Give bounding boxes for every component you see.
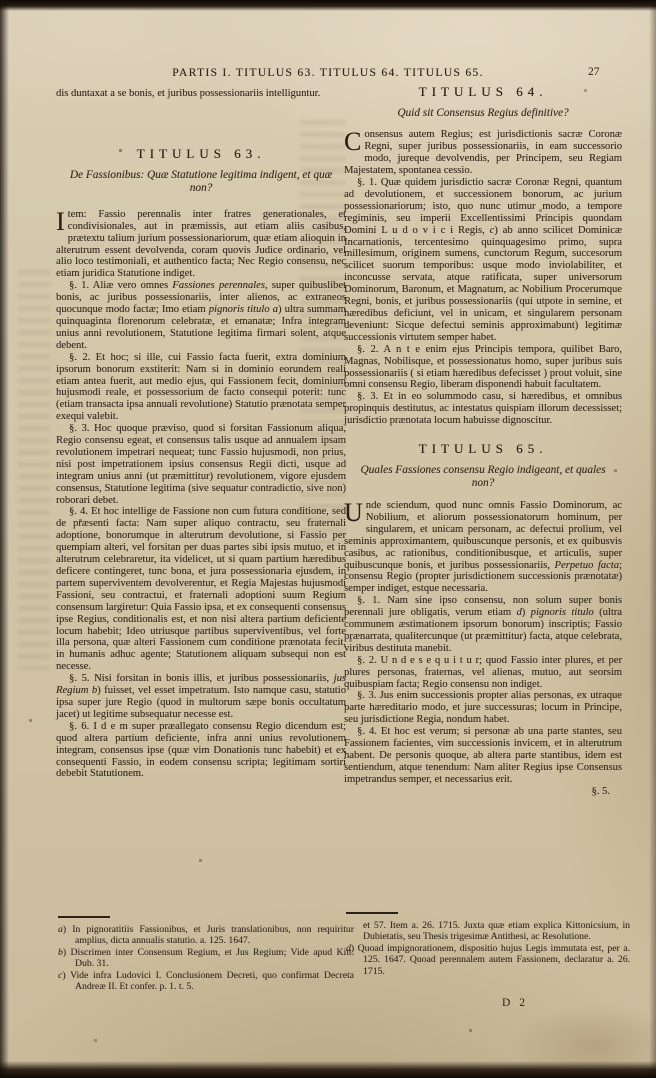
paragraph: Unde sciendum, quod nunc omnis Fassio Do… (344, 500, 622, 595)
emphasized-text: Perpetuo facta (554, 560, 619, 571)
drop-cap: I (56, 209, 68, 233)
emphasized-text: Quid sit Consensus Regius definitive? (397, 107, 568, 119)
emphasized-text: De Fassionibus: Quæ Statutione legitima … (70, 169, 332, 195)
left-footnotes: a) In pignoratitiis Fassionibus, et Juri… (58, 916, 354, 992)
footnote: d) Quoad impignorationem, dispositio huj… (346, 943, 630, 977)
running-title: PARTIS I. TITULUS 63. TITULUS 64. TITULU… (110, 66, 546, 79)
section-subtitle: Quales Fassiones consensu Regio indigean… (350, 464, 616, 491)
text-run: onsensus autem Regius; est jurisdictioni… (344, 129, 622, 176)
footnote-label-paren: ) (62, 970, 70, 981)
emphasized-text: pignoris titulo a (209, 304, 278, 315)
text-run: §. 6. I d e m super præallegato consensu… (56, 721, 346, 780)
signature-mark: D 2 (455, 997, 575, 1009)
footnote-divider (346, 912, 398, 914)
footnote: b) Discrimen inter Consensum Regium, et … (58, 947, 354, 970)
paragraph: §. 4. Et hoc intellige de Fassione non c… (56, 506, 346, 673)
text-run: ) fuisset, vel esset impetratum. Isto na… (56, 685, 346, 720)
right-footnotes: et 57. Item a. 26. 1715. Juxta quæ etiam… (346, 912, 630, 977)
paragraph: §. 2. Et hoc; si ille, cui Fassio facta … (56, 352, 346, 423)
footnote-label-paren: ) (351, 943, 358, 954)
scan-edge-right (649, 0, 656, 1078)
paragraph: §. 6. I d e m super præallegato consensu… (56, 721, 346, 781)
drop-cap: C (344, 129, 364, 153)
paragraph: §. 2. A n t e enim ejus Principis tempor… (344, 344, 622, 392)
footnote-divider (58, 916, 110, 918)
scan-edge-left (0, 0, 9, 1078)
text-run: §. 2. U n d e s e q u i t u r; quod Fass… (344, 655, 622, 690)
text-run: §. 4. Et hoc est verum; si personæ ab un… (344, 726, 622, 785)
text-run: §. 3. Hoc quoque præviso, quod si forsit… (56, 423, 346, 505)
scan-edge-top (0, 0, 656, 11)
paragraph: §. 3. Jus enim successionis propter alia… (344, 690, 622, 726)
footnote-text: et 57. Item a. 26. 1715. Juxta quæ etiam… (363, 920, 630, 942)
bleedthrough-texture (18, 270, 50, 670)
paragraph: dis duntaxat a se bonis, et juribus poss… (56, 88, 346, 100)
footnote: c) Vide infra Ludovici I. Conclusionem D… (58, 970, 354, 993)
text-run: tem: Fassio perennalis inter fratres gen… (56, 209, 346, 280)
paragraph: §. 5. Nisi forsitan in bonis illis, et j… (56, 673, 346, 721)
paragraph: §. 4. Et hoc est verum; si personæ ab un… (344, 726, 622, 786)
text-run: §. 2. A n t e enim ejus Principis tempor… (344, 344, 622, 391)
section-subtitle: Quid sit Consensus Regius definitive? (350, 107, 616, 121)
page-number: 27 (588, 66, 600, 78)
text-run: dis duntaxat a se bonis, et juribus poss… (56, 88, 320, 99)
footnote-label-paren: ) (63, 947, 71, 958)
paragraph: §. 1. Quæ quidem jurisdictio sacræ Coron… (344, 177, 622, 344)
paragraph: §. 1. Aliæ vero omnes Fassiones perennal… (56, 280, 346, 351)
paragraph: §. 2. U n d e s e q u i t u r; quod Fass… (344, 655, 622, 691)
catchword: §. 5. (344, 786, 622, 798)
paragraph: §. 3. Hoc quoque præviso, quod si forsit… (56, 423, 346, 506)
footnote-text: In pignoratitiis Fassionibus, et Juris t… (72, 924, 354, 946)
paragraph: §. 1. Nam sine ipso consensu, non solum … (344, 595, 622, 655)
section-heading: TITULUS 64. (344, 86, 622, 98)
section-heading: TITULUS 63. (56, 148, 346, 160)
drop-cap: U (344, 500, 366, 524)
right-text-column: TITULUS 64.Quid sit Consensus Regius def… (344, 86, 622, 798)
footnote-text: Discrimen inter Consensum Regium, et Jus… (71, 947, 354, 969)
text-run: §. 3. Et in eo solummodo casu, si hæredi… (344, 391, 622, 426)
section-subtitle: De Fassionibus: Quæ Statutione legitima … (62, 169, 340, 196)
section-heading: TITULUS 65. (344, 443, 622, 455)
emphasized-text: Fassiones perennales (172, 280, 265, 291)
text-run: §. 3. Jus enim successionis propter alia… (344, 690, 622, 725)
scan-edge-bottom (0, 1061, 656, 1078)
footnote: et 57. Item a. 26. 1715. Juxta quæ etiam… (346, 920, 630, 943)
text-run: §. 4. Et hoc intellige de Fassione non c… (56, 506, 346, 672)
scanned-book-page: PARTIS I. TITULUS 63. TITULUS 64. TITULU… (0, 0, 656, 1078)
text-run: §. 5. Nisi forsitan in bonis illis, et j… (69, 673, 334, 684)
emphasized-text: pignoris titulo (531, 607, 594, 618)
text-run: ) ab anno scilicet Dominicæ Incarnationi… (344, 225, 622, 343)
text-run: §. 2. Et hoc; si ille, cui Fassio facta … (56, 352, 346, 423)
paragraph: §. 3. Et in eo solummodo casu, si hæredi… (344, 391, 622, 427)
footnote-text: Vide infra Ludovici I. Conclusionem Decr… (70, 970, 354, 992)
paragraph: Consensus autem Regius; est jurisdiction… (344, 129, 622, 177)
text-run: ) (522, 607, 531, 618)
emphasized-text: Quales Fassiones consensu Regio indigean… (360, 464, 605, 490)
footnote: a) In pignoratitiis Fassionibus, et Juri… (58, 924, 354, 947)
footnote-text: Quoad impignorationem, dispositio hujus … (358, 943, 630, 977)
text-run: §. 1. Aliæ vero omnes (69, 280, 172, 291)
left-text-column: dis duntaxat a se bonis, et juribus poss… (56, 88, 346, 780)
paragraph: Item: Fassio perennalis inter fratres ge… (56, 209, 346, 280)
footnote-label-paren: ) (63, 924, 72, 935)
